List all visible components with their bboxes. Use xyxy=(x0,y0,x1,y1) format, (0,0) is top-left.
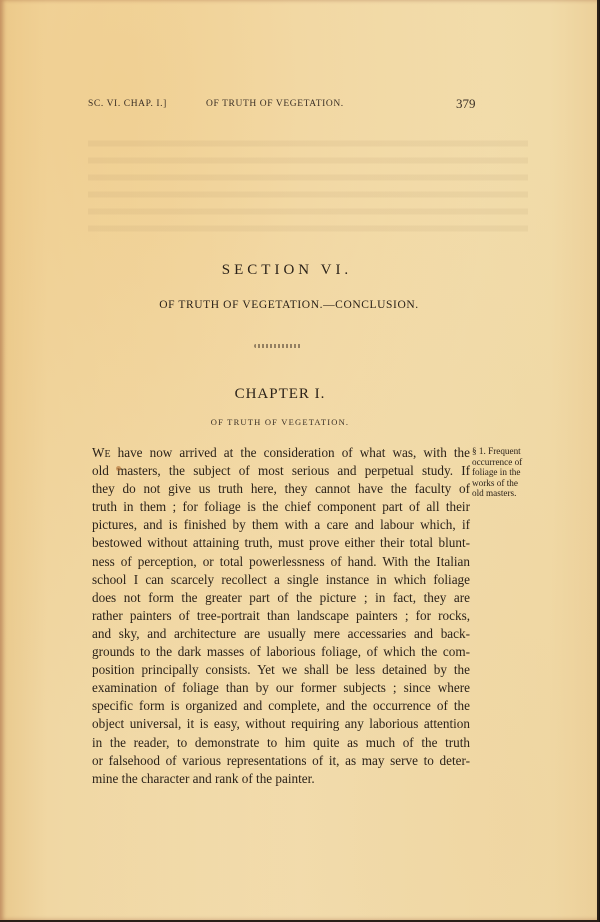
ornament-divider xyxy=(254,344,302,348)
running-head-title: OF TRUTH OF VEGETATION. xyxy=(206,99,344,109)
body-line: grounds to the dark masses of laborious … xyxy=(92,643,470,661)
body-line: they do not give us truth here, they can… xyxy=(92,480,470,498)
body-line: old masters, the subject of most serious… xyxy=(92,462,470,480)
body-line: truth in them ; for foliage is the chief… xyxy=(92,498,470,516)
margin-note: § 1. Frequent occurrence of foliage in t… xyxy=(472,446,542,499)
body-line: examination of foliage than by our forme… xyxy=(92,679,470,697)
page-number: 379 xyxy=(456,96,476,112)
body-line: pictures, and is finished by them with a… xyxy=(92,516,470,534)
body-line: specific form is organized and complete,… xyxy=(92,697,470,715)
body-line: or falsehood of various representations … xyxy=(92,752,470,770)
body-line: ness of perception, or total powerlessne… xyxy=(92,553,470,571)
margin-note-line: old masters. xyxy=(472,488,542,499)
body-line: mine the character and rank of the paint… xyxy=(92,770,470,788)
margin-note-line: foliage in the xyxy=(472,467,542,478)
section-subtitle: OF TRUTH OF VEGETATION.—CONCLUSION. xyxy=(0,299,578,311)
running-head: SC. VI. CHAP. I.] OF TRUTH OF VEGETATION… xyxy=(88,97,538,113)
body-line: object universal, it is easy, without re… xyxy=(92,715,470,733)
body-line: does not form the greater part of the pi… xyxy=(92,589,470,607)
body-line: in the reader, to demonstrate to him qui… xyxy=(92,734,470,752)
body-line: and sky, and architecture are usually me… xyxy=(92,625,470,643)
chapter-subtitle: OF TRUTH OF VEGETATION. xyxy=(0,417,560,427)
body-line: rather painters of tree-portrait than la… xyxy=(92,607,470,625)
body-line: WE have now arrived at the consideration… xyxy=(92,444,470,462)
book-page: SC. VI. CHAP. I.] OF TRUTH OF VEGETATION… xyxy=(0,0,599,922)
body-line: position principally consists. Yet we sh… xyxy=(92,661,470,679)
body-line: bestowed without attaining truth, must p… xyxy=(92,534,470,552)
paper-stain xyxy=(116,466,121,471)
margin-note-line: works of the xyxy=(472,478,542,489)
section-title: SECTION VI. xyxy=(0,262,574,279)
margin-note-line: § 1. Frequent xyxy=(472,446,542,457)
body-line: school I can scarcely recollect a single… xyxy=(92,571,470,589)
drop-initial: W xyxy=(92,445,104,460)
body-paragraph: WE have now arrived at the consideration… xyxy=(92,444,470,788)
show-through-texture xyxy=(88,130,528,240)
margin-note-line: occurrence of xyxy=(472,457,542,468)
chapter-title: CHAPTER I. xyxy=(0,386,560,403)
running-head-section: SC. VI. CHAP. I.] xyxy=(88,99,167,109)
